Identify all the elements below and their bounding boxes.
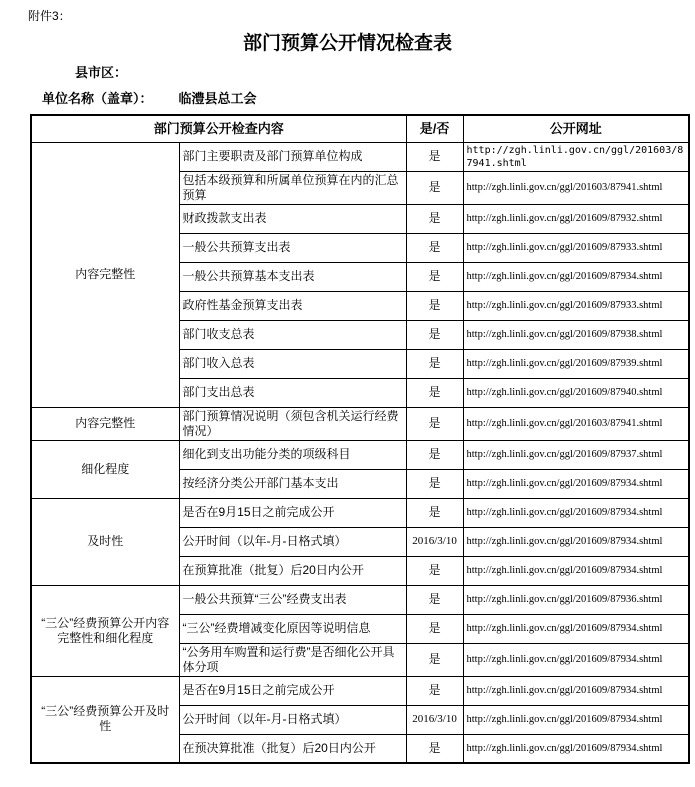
check-item-cell: “三公”经费增减变化原因等说明信息 (179, 614, 406, 643)
url-cell: http://zgh.linli.gov.cn/ggl/201609/87934… (463, 705, 689, 734)
url-cell: http://zgh.linli.gov.cn/ggl/201609/87937… (463, 440, 689, 469)
url-cell: http://zgh.linli.gov.cn/ggl/201609/87932… (463, 204, 689, 233)
table-row: 及时性是否在9月15日之前完成公开是http://zgh.linli.gov.c… (31, 498, 689, 527)
url-cell: http://zgh.linli.gov.cn/ggl/201609/87934… (463, 262, 689, 291)
check-item-cell: 一般公共预算基本支出表 (179, 262, 406, 291)
page-title: 部门预算公开情况检查表 (0, 31, 695, 57)
check-item-cell: 一般公共预算支出表 (179, 233, 406, 262)
unit-line: 单位名称（盖章）：临澧县总工会 (42, 91, 695, 107)
url-cell: http://zgh.linli.gov.cn/ggl/201603/87941… (463, 142, 689, 171)
check-item-cell: 部门支出总表 (179, 378, 406, 407)
answer-cell: 是 (406, 734, 463, 763)
county-line: 县市区： (75, 65, 695, 81)
answer-cell: 2016/3/10 (406, 705, 463, 734)
url-cell: http://zgh.linli.gov.cn/ggl/201609/87936… (463, 585, 689, 614)
answer-cell: 是 (406, 378, 463, 407)
answer-cell: 是 (406, 204, 463, 233)
check-item-cell: 财政拨款支出表 (179, 204, 406, 233)
url-cell: http://zgh.linli.gov.cn/ggl/201609/87934… (463, 676, 689, 705)
table-header-row: 部门预算公开检查内容 是/否 公开网址 (31, 115, 689, 142)
table-row: “三公”经费预算公开内容完整性和细化程度一般公共预算“三公”经费支出表是http… (31, 585, 689, 614)
url-cell: http://zgh.linli.gov.cn/ggl/201609/87933… (463, 291, 689, 320)
header-check-content: 部门预算公开检查内容 (31, 115, 406, 142)
check-item-cell: 按经济分类公开部门基本支出 (179, 469, 406, 498)
check-item-cell: 部门主要职责及部门预算单位构成 (179, 142, 406, 171)
url-cell: http://zgh.linli.gov.cn/ggl/201603/87941… (463, 171, 689, 204)
answer-cell: 是 (406, 142, 463, 171)
url-cell: http://zgh.linli.gov.cn/ggl/201609/87938… (463, 320, 689, 349)
answer-cell: 是 (406, 349, 463, 378)
table-row: 内容完整性部门预算情况说明（须包含机关运行经费情况）是http://zgh.li… (31, 407, 689, 440)
answer-cell: 是 (406, 469, 463, 498)
check-item-cell: 部门预算情况说明（须包含机关运行经费情况） (179, 407, 406, 440)
answer-cell: 是 (406, 320, 463, 349)
url-cell: http://zgh.linli.gov.cn/ggl/201609/87934… (463, 498, 689, 527)
inspection-table: 部门预算公开检查内容 是/否 公开网址 内容完整性部门主要职责及部门预算单位构成… (30, 114, 690, 764)
category-cell: 内容完整性 (31, 142, 179, 407)
answer-cell: 是 (406, 440, 463, 469)
category-cell: 细化程度 (31, 440, 179, 498)
table-row: 内容完整性部门主要职责及部门预算单位构成是http://zgh.linli.go… (31, 142, 689, 171)
header-public-url: 公开网址 (463, 115, 689, 142)
check-item-cell: 政府性基金预算支出表 (179, 291, 406, 320)
check-item-cell: 一般公共预算“三公”经费支出表 (179, 585, 406, 614)
url-cell: http://zgh.linli.gov.cn/ggl/201603/87941… (463, 407, 689, 440)
answer-cell: 是 (406, 614, 463, 643)
table-row: 细化程度细化到支出功能分类的项级科目是http://zgh.linli.gov.… (31, 440, 689, 469)
check-item-cell: 包括本级预算和所属单位预算在内的汇总预算 (179, 171, 406, 204)
check-item-cell: 细化到支出功能分类的项级科目 (179, 440, 406, 469)
check-item-cell: 在预算批准（批复）后20日内公开 (179, 556, 406, 585)
answer-cell: 是 (406, 498, 463, 527)
answer-cell: 是 (406, 643, 463, 676)
url-cell: http://zgh.linli.gov.cn/ggl/201609/87934… (463, 469, 689, 498)
unit-label: 单位名称（盖章）： (42, 91, 153, 106)
url-cell: http://zgh.linli.gov.cn/ggl/201609/87934… (463, 734, 689, 763)
check-item-cell: 部门收支总表 (179, 320, 406, 349)
header-yes-no: 是/否 (406, 115, 463, 142)
table-row: “三公”经费预算公开及时性是否在9月15日之前完成公开是http://zgh.l… (31, 676, 689, 705)
answer-cell: 是 (406, 262, 463, 291)
attachment-label: 附件3： (28, 8, 695, 24)
check-item-cell: 部门收入总表 (179, 349, 406, 378)
check-item-cell: 公开时间（以年-月-日格式填） (179, 705, 406, 734)
url-cell: http://zgh.linli.gov.cn/ggl/201609/87934… (463, 527, 689, 556)
url-cell: http://zgh.linli.gov.cn/ggl/201609/87933… (463, 233, 689, 262)
category-cell: 内容完整性 (31, 407, 179, 440)
answer-cell: 是 (406, 585, 463, 614)
category-cell: “三公”经费预算公开及时性 (31, 676, 179, 763)
url-cell: http://zgh.linli.gov.cn/ggl/201609/87934… (463, 556, 689, 585)
check-item-cell: 在预决算批准（批复）后20日内公开 (179, 734, 406, 763)
answer-cell: 是 (406, 407, 463, 440)
answer-cell: 是 (406, 556, 463, 585)
answer-cell: 是 (406, 291, 463, 320)
check-item-cell: 是否在9月15日之前完成公开 (179, 676, 406, 705)
answer-cell: 是 (406, 171, 463, 204)
category-cell: 及时性 (31, 498, 179, 585)
county-label: 县市区： (75, 65, 127, 80)
check-item-cell: 是否在9月15日之前完成公开 (179, 498, 406, 527)
check-item-cell: “公务用车购置和运行费”是否细化公开具体分项 (179, 643, 406, 676)
document-page: 附件3： 部门预算公开情况检查表 县市区： 单位名称（盖章）：临澧县总工会 部门… (0, 8, 695, 787)
answer-cell: 2016/3/10 (406, 527, 463, 556)
answer-cell: 是 (406, 233, 463, 262)
category-cell: “三公”经费预算公开内容完整性和细化程度 (31, 585, 179, 676)
url-cell: http://zgh.linli.gov.cn/ggl/201609/87939… (463, 349, 689, 378)
url-cell: http://zgh.linli.gov.cn/ggl/201609/87934… (463, 614, 689, 643)
check-item-cell: 公开时间（以年-月-日格式填） (179, 527, 406, 556)
url-cell: http://zgh.linli.gov.cn/ggl/201609/87940… (463, 378, 689, 407)
url-cell: http://zgh.linli.gov.cn/ggl/201609/87934… (463, 643, 689, 676)
answer-cell: 是 (406, 676, 463, 705)
unit-name: 临澧县总工会 (179, 91, 257, 106)
